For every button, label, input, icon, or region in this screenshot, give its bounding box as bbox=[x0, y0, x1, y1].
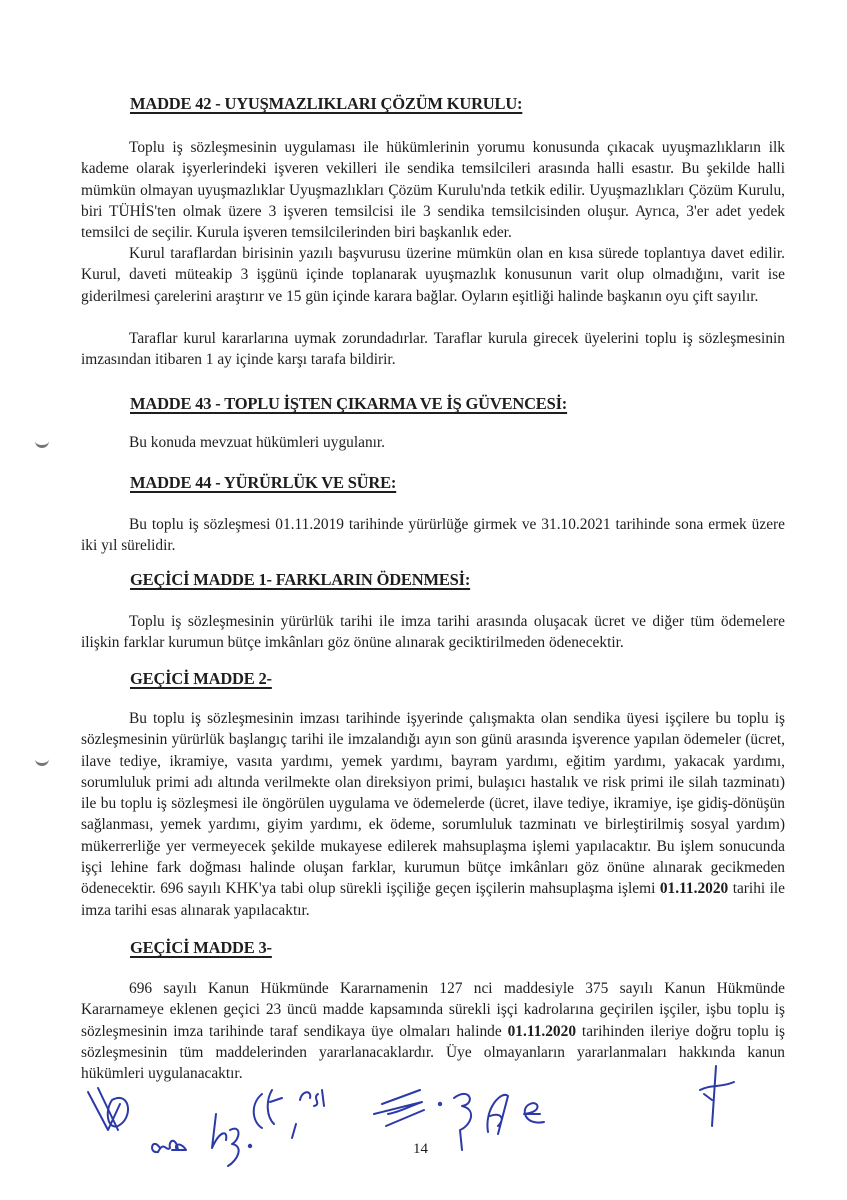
signature-5 bbox=[374, 1090, 441, 1126]
signatures bbox=[0, 0, 847, 1200]
signature-7 bbox=[700, 1066, 734, 1126]
signature-3 bbox=[212, 1114, 251, 1166]
document-page: MADDE 42 - UYUŞMAZLIKLARI ÇÖZÜM KURULU: … bbox=[0, 0, 847, 1200]
page-number: 14 bbox=[413, 1141, 428, 1158]
signature-4 bbox=[254, 1090, 324, 1138]
signature-6 bbox=[454, 1094, 544, 1150]
signature-2 bbox=[152, 1141, 186, 1152]
signature-1 bbox=[88, 1088, 128, 1130]
